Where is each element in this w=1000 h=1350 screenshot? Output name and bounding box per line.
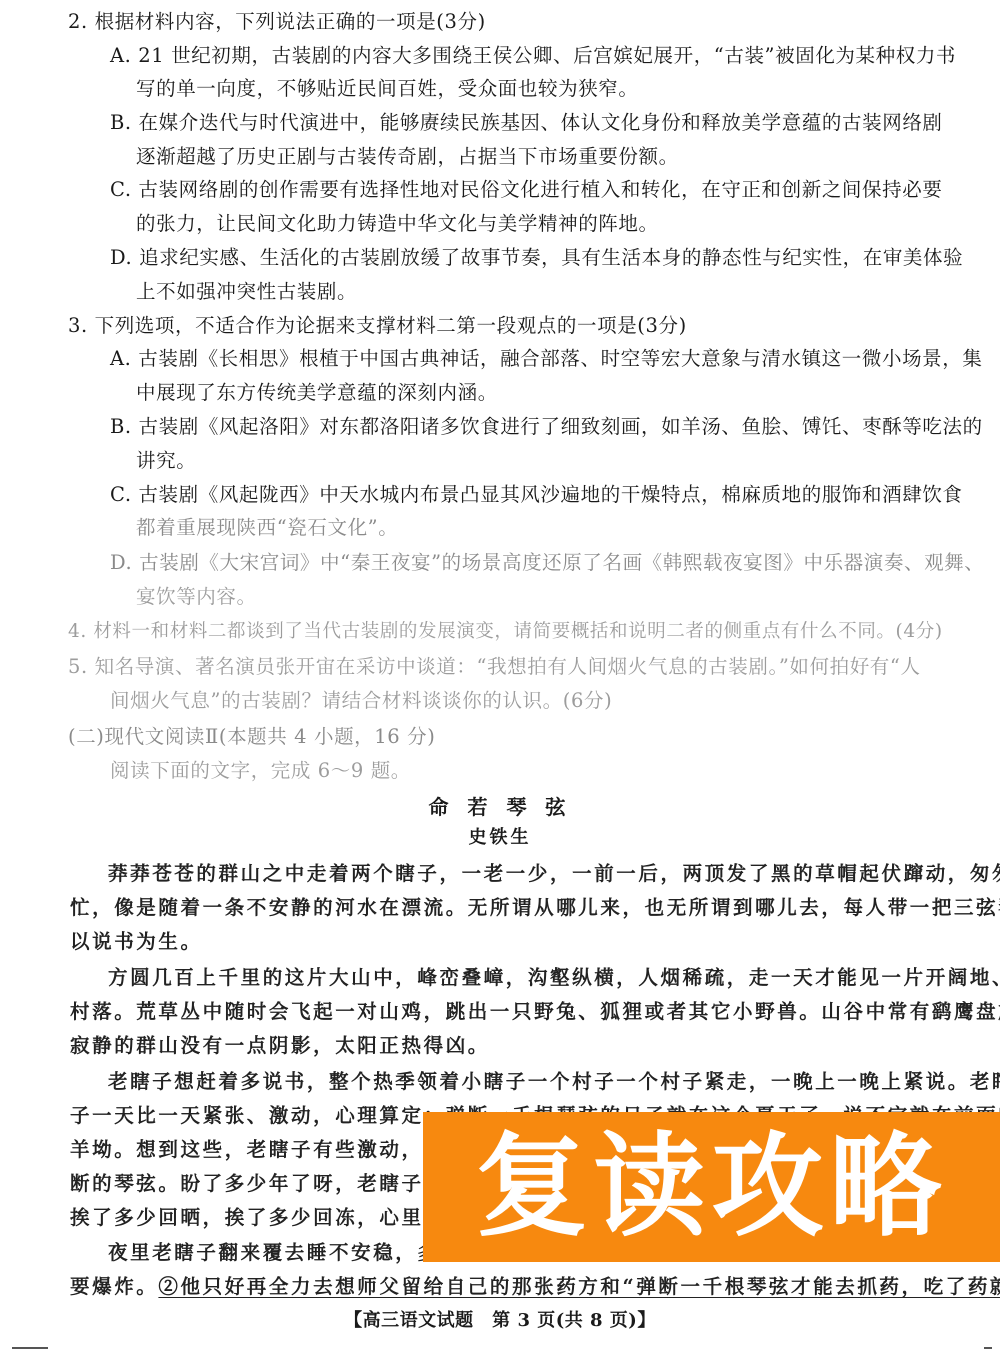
watermark-banner: 复读攻略: [423, 1112, 1000, 1262]
question-2-option-c-cont: 的张力，让民间文化助力铸造中华文化与美学精神的阵地。: [136, 208, 659, 236]
question-2-option-a: A. 21 世纪初期，古装剧的内容大多围绕王侯公卿、后宫嫔妃展开，“古装”被固化…: [110, 40, 956, 68]
passage-p1-line1: 莽莽苍苍的群山之中走着两个瞎子，一老一少，一前一后，两顶发了黑的草帽起伏蹿动，匆…: [108, 858, 1000, 886]
question-4: 4. 材料一和材料二都谈到了当代古装剧的发展演变，请简要概括和说明二者的侧重点有…: [68, 617, 943, 643]
passage-p3-line1: 老瞎子想赶着多说书，整个热季领着小瞎子一个村子一个村子紧走，一晚上一晚上紧说。老…: [108, 1066, 1000, 1094]
passage-text: 羊坳。想到这些，老瞎子有些激动，: [70, 1138, 424, 1161]
question-3-option-d-cont: 宴饮等内容。: [136, 581, 257, 609]
question-3-option-c: C. 古装剧《风起陇西》中天水城内布景凸显其风沙遍地的干燥特点，棉麻质地的服饰和…: [110, 479, 963, 507]
passage-p2-line1: 方圆几百上千里的这片大山中，峰峦叠嶂，沟壑纵横，人烟稀疏，走一天才能见一片开阔地…: [108, 962, 1000, 990]
crop-mark-left: [12, 1347, 48, 1349]
question-3-stem: 3. 下列选项，不适合作为论据来支撑材料二第一段观点的一项是(3分): [68, 310, 687, 338]
question-3-option-c-cont: 都着重展现陕西“瓷石文化”。: [136, 512, 398, 540]
question-5: 5. 知名导演、著名演员张开宙在采访中谈道：“我想拍有人间烟火气息的古装剧。”如…: [68, 651, 921, 679]
passage-p4-line2: 要爆炸。②他只好再全力去想师父留给自己的那张药方和“弹断一千根琴弦才能去抓药，吃…: [70, 1271, 1000, 1299]
passage-p1-line2: 忙，像是随着一条不安静的河水在漂流。无所谓从哪儿来，也无所谓到哪儿去，每人带一把…: [70, 892, 1000, 920]
question-2-option-d: D. 追求纪实感、生活化的古装剧放缓了故事节奏，具有生活本身的静态性与纪实性，在…: [110, 242, 963, 270]
passage-text: 要爆炸。: [70, 1275, 158, 1298]
question-5-cont: 间烟火气息”的古装剧？请结合材料谈谈你的认识。(6分): [110, 685, 612, 713]
section-heading: (二)现代文阅读Ⅱ(本题共 4 小题，16 分): [68, 721, 435, 749]
question-2-option-a-cont: 写的单一向度，不够贴近民间百姓，受众面也较为狭窄。: [136, 73, 639, 101]
question-2-option-b-cont: 逐渐超越了历史正剧与古装传奇剧，占据当下市场重要份额。: [136, 141, 679, 169]
watermark-text: 复读攻略: [476, 1131, 948, 1243]
story-author: 史铁生: [0, 823, 1000, 849]
question-2-option-b: B. 在媒介迭代与时代演进中，能够赓续民族基因、体认文化身份和释放美学意蕴的古装…: [110, 107, 943, 135]
section-instruction: 阅读下面的文字，完成 6～9 题。: [110, 755, 411, 783]
question-3-option-b-cont: 讲究。: [136, 445, 196, 473]
passage-p4-line1: 夜里老瞎子翻来覆去睡不安稳，多少: [108, 1237, 462, 1265]
question-3-option-b: B. 古装剧《风起洛阳》对东都洛阳诸多饮食进行了细致刻画，如羊汤、鱼脍、馎饦、枣…: [110, 411, 983, 439]
question-3-option-a-cont: 中展现了东方传统美学意蕴的深刻内涵。: [136, 377, 498, 405]
question-2-option-d-cont: 上不如强冲突性古装剧。: [136, 276, 357, 304]
exam-page: 2. 根据材料内容，下列说法正确的一项是(3分) A. 21 世纪初期，古装剧的…: [0, 0, 1000, 1350]
question-3-option-d: D. 古装剧《大宋宫词》中“秦王夜宴”的场景高度还原了名画《韩熙载夜宴图》中乐器…: [110, 547, 984, 575]
crop-mark-right: [984, 1347, 992, 1349]
passage-p2-line3: 寂静的群山没有一点阴影，太阳正热得凶。: [70, 1030, 490, 1058]
underlined-sentence-2: ②他只好再全力去想师父留给自己的那张药方和“弹断一千根琴弦才能去抓药，吃了药就: [158, 1275, 1000, 1298]
passage-p3-line4: 断的琴弦。盼了多少年了呀，老瞎子想，: [70, 1168, 468, 1196]
passage-p2-line2: 村落。荒草丛中随时会飞起一对山鸡，跳出一只野兔、狐狸或者其它小野兽。山谷中常有鹞…: [70, 996, 1000, 1024]
question-3-option-a: A. 古装剧《长相思》根植于中国古典神话，融合部落、时空等宏大意象与清水镇这一微…: [110, 343, 982, 371]
page-footer: 【高三语文试题 第 3 页(共 8 页)】: [0, 1306, 1000, 1332]
question-2-option-c: C. 古装网络剧的创作需要有选择性地对民俗文化进行植入和转化，在守正和创新之间保…: [110, 174, 942, 202]
story-title: 命 若 琴 弦: [0, 791, 1000, 820]
passage-p1-line3: 以说书为生。: [70, 926, 203, 954]
question-2-stem: 2. 根据材料内容，下列说法正确的一项是(3分): [68, 6, 486, 34]
